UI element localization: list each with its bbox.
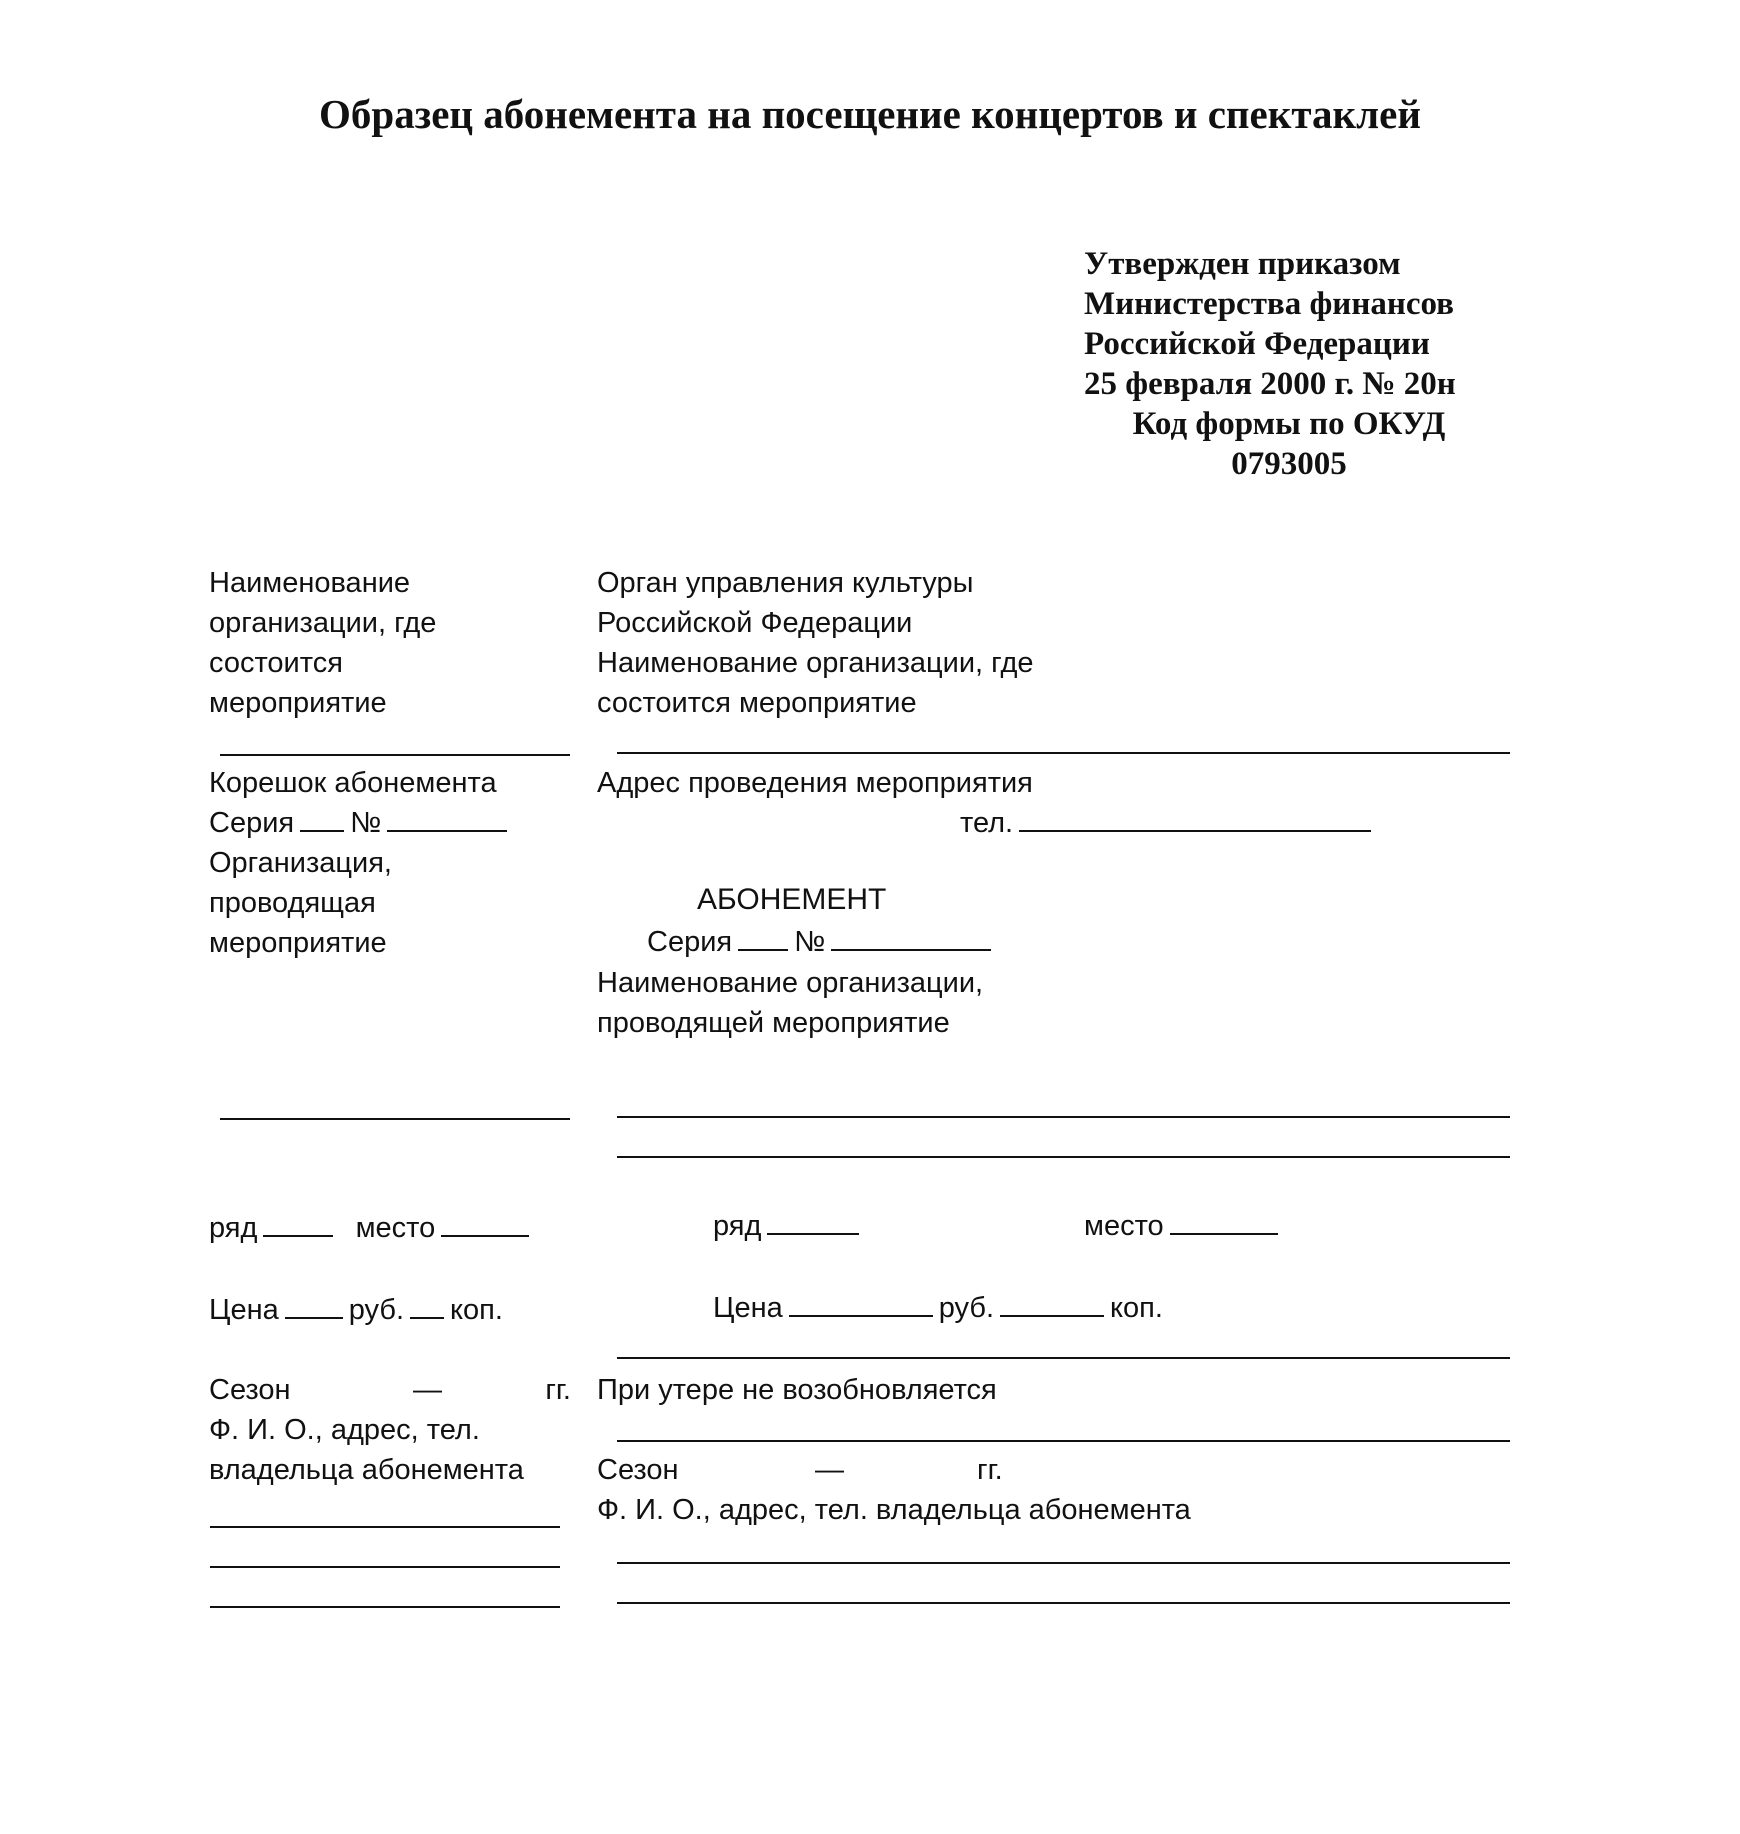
stub-row-label: ряд (209, 1212, 257, 1244)
approval-line: Утвержден приказом (1084, 244, 1494, 284)
okud-label: Код формы по ОКУД (1084, 404, 1494, 444)
okud-code: 0793005 (1084, 444, 1494, 484)
stub-venue-label: Наименование организации, где состоится … (209, 563, 436, 723)
ticket-row-group: ряд (713, 1206, 865, 1246)
ticket-organizer-label-line: проводящей мероприятие (597, 1003, 983, 1043)
stub-season-label: Сезон (209, 1374, 291, 1406)
document-title: Образец абонемента на посещение концерто… (0, 90, 1740, 138)
ticket-row-label: ряд (713, 1210, 761, 1242)
ticket-notice-divider (617, 1440, 1510, 1442)
ticket-kop-field[interactable] (1000, 1314, 1104, 1317)
stub-seat-row: ряд место (209, 1208, 535, 1248)
stub-series-label: Серия (209, 807, 294, 839)
ticket-number-label: № (794, 926, 825, 958)
ticket-organizer-label-line: Наименование организации, (597, 963, 983, 1003)
ticket-owner-field-line[interactable] (617, 1602, 1510, 1604)
stub-number-label: № (350, 807, 381, 839)
ticket-season-row: Сезон — гг. (597, 1450, 1017, 1490)
ticket-number-field[interactable] (831, 948, 991, 951)
ticket-authority-line: Наименование организации, где (597, 643, 1034, 683)
ticket-rub-label: руб. (939, 1292, 994, 1324)
stub-kop-label: коп. (450, 1294, 503, 1326)
stub-season-dash: — (413, 1370, 442, 1410)
ticket-seat-label: место (1084, 1210, 1164, 1242)
stub-series-field[interactable] (300, 829, 344, 832)
ticket-series-label: Серия (647, 926, 732, 958)
ticket-season-label: Сезон (597, 1454, 679, 1486)
ticket-heading: АБОНЕМЕНТ (697, 880, 886, 920)
stub-owner-field-line[interactable] (210, 1566, 560, 1568)
ticket-owner-field-line[interactable] (617, 1562, 1510, 1564)
stub-seat-label: место (356, 1212, 436, 1244)
ticket-price-label: Цена (713, 1292, 783, 1324)
ticket-organizer-field-line[interactable] (617, 1156, 1510, 1158)
stub-organizer-label-line: Организация, (209, 843, 392, 883)
stub-title: Корешок абонемента (209, 763, 497, 803)
ticket-authority-line: состоится мероприятие (597, 683, 1034, 723)
ticket-venue-field-line[interactable] (617, 752, 1510, 754)
stub-row-field[interactable] (263, 1234, 333, 1237)
approval-line: Российской Федерации (1084, 324, 1494, 364)
stub-venue-field-line[interactable] (220, 754, 570, 756)
ticket-address-label: Адрес проведения мероприятия (597, 763, 1033, 803)
ticket-season-dash: — (815, 1450, 844, 1490)
ticket-authority-line: Российской Федерации (597, 603, 1034, 643)
stub-organizer-label-line: мероприятие (209, 923, 392, 963)
stub-venue-label-line: состоится (209, 643, 436, 683)
stub-owner-label-line: Ф. И. О., адрес, тел. (209, 1410, 524, 1450)
stub-rub-field[interactable] (285, 1316, 343, 1319)
ticket-organizer-field-line[interactable] (617, 1116, 1510, 1118)
stub-series-row: Серия№ (209, 803, 513, 843)
stub-owner-label: Ф. И. О., адрес, тел. владельца абонемен… (209, 1410, 524, 1490)
stub-owner-field-line[interactable] (210, 1526, 560, 1528)
stub-venue-label-line: мероприятие (209, 683, 436, 723)
approval-block: Утвержден приказом Министерства финансов… (1084, 244, 1494, 484)
ticket-season-years: гг. (977, 1450, 1003, 1490)
stub-venue-label-line: Наименование (209, 563, 436, 603)
approval-line: 25 февраля 2000 г. № 20н (1084, 364, 1494, 404)
ticket-authority-block: Орган управления культуры Российской Фед… (597, 563, 1034, 723)
ticket-authority-line: Орган управления культуры (597, 563, 1034, 603)
stub-owner-field-line[interactable] (210, 1606, 560, 1608)
ticket-phone-field[interactable] (1019, 829, 1371, 832)
ticket-rub-field[interactable] (789, 1314, 933, 1317)
ticket-kop-label: коп. (1110, 1292, 1163, 1324)
stub-rub-label: руб. (349, 1294, 404, 1326)
ticket-price-divider (617, 1357, 1510, 1359)
ticket-organizer-label: Наименование организации, проводящей мер… (597, 963, 983, 1043)
stub-kop-field[interactable] (410, 1316, 444, 1319)
stub-price-row: Ценаруб.коп. (209, 1290, 503, 1330)
stub-organizer-field-line[interactable] (220, 1118, 570, 1120)
stub-season-years: гг. (545, 1370, 571, 1410)
stub-seat-field[interactable] (441, 1234, 529, 1237)
ticket-phone-row: тел. (960, 803, 1377, 843)
stub-price-label: Цена (209, 1294, 279, 1326)
stub-owner-label-line: владельца абонемента (209, 1450, 524, 1490)
ticket-seat-group: место (1084, 1206, 1284, 1246)
ticket-series-field[interactable] (738, 948, 788, 951)
ticket-row-field[interactable] (767, 1232, 859, 1235)
ticket-seat-field[interactable] (1170, 1232, 1278, 1235)
stub-season-row: Сезон — гг. (209, 1370, 571, 1410)
stub-number-field[interactable] (387, 829, 507, 832)
ticket-owner-label: Ф. И. О., адрес, тел. владельца абонемен… (597, 1490, 1191, 1530)
stub-organizer-label-line: проводящая (209, 883, 392, 923)
stub-venue-label-line: организации, где (209, 603, 436, 643)
ticket-phone-label: тел. (960, 807, 1013, 839)
approval-line: Министерства финансов (1084, 284, 1494, 324)
ticket-series-row: Серия№ (647, 922, 997, 962)
ticket-lost-notice: При утере не возобновляется (597, 1370, 997, 1410)
stub-organizer-label: Организация, проводящая мероприятие (209, 843, 392, 963)
ticket-price-row: Ценаруб.коп. (713, 1288, 1163, 1328)
